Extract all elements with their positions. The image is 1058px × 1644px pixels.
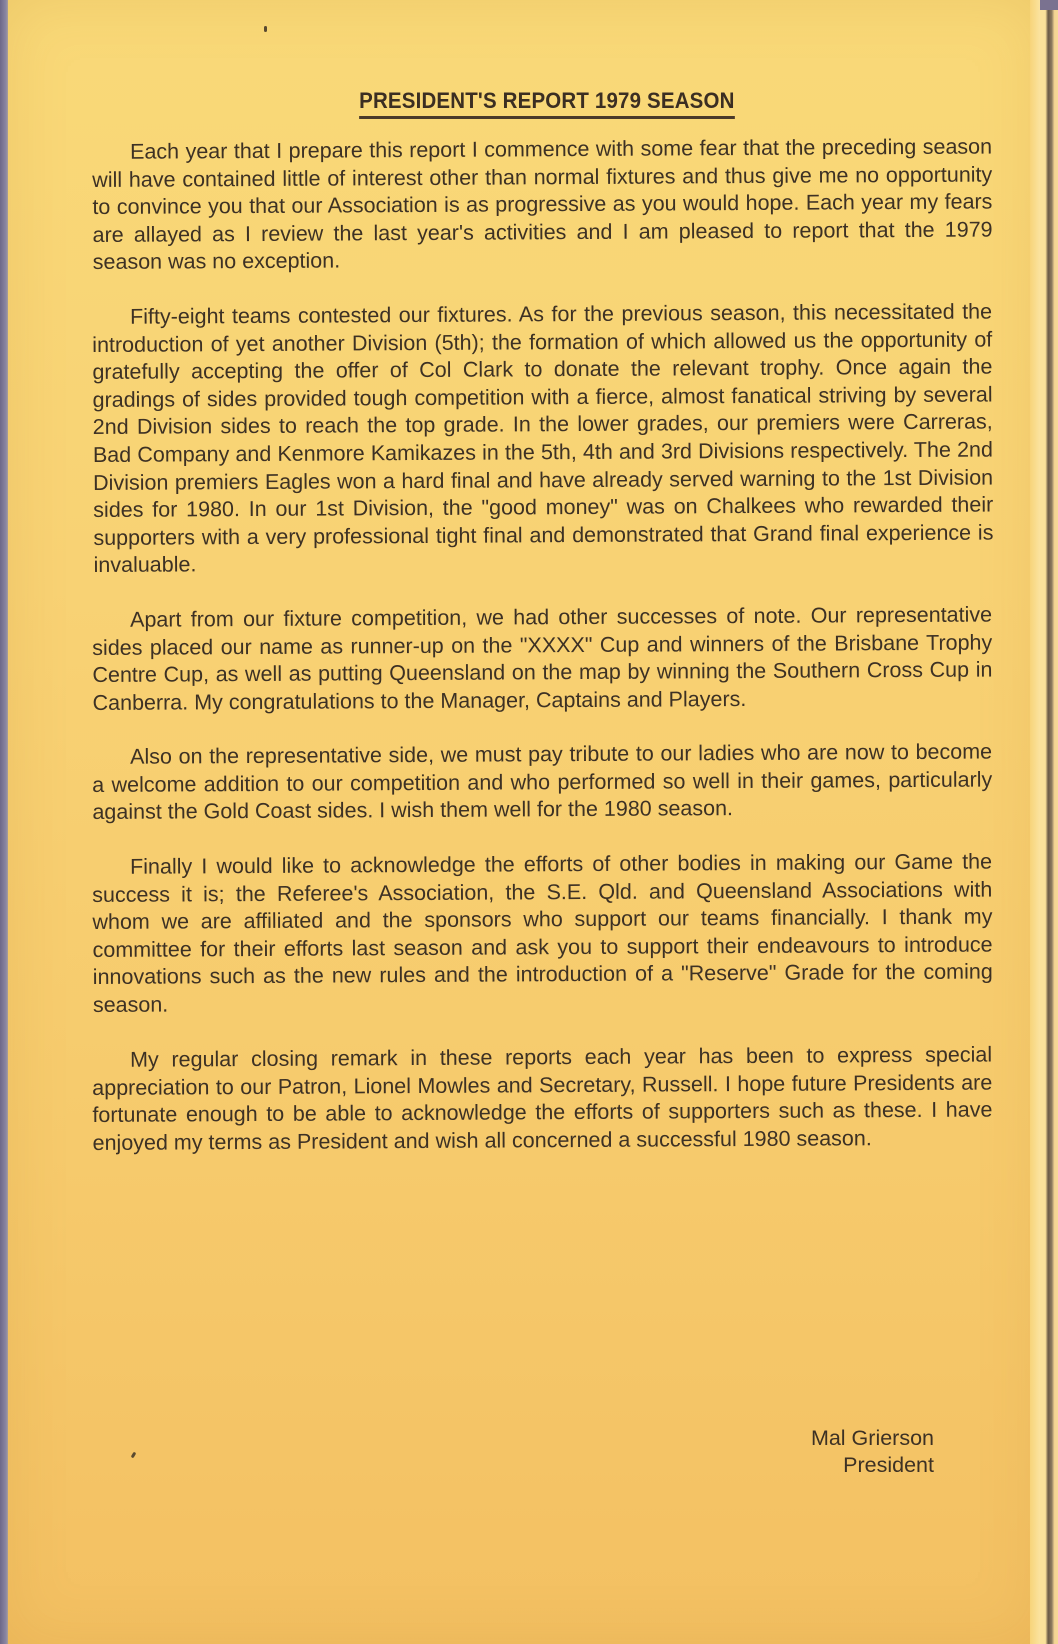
background-edge-right [1040,10,1058,1644]
paragraph-closing: My regular closing remark in these repor… [92,1041,993,1157]
page-fold [1030,0,1040,1644]
paragraph-representative: Apart from our fixture competition, we h… [92,601,993,717]
paragraph-fixtures: Fifty-eight teams contested our fixtures… [92,298,994,579]
report-title-text: PRESIDENT'S REPORT 1979 SEASON [359,88,734,119]
paragraph-ladies: Also on the representative side, we must… [92,739,992,827]
paper-speck [264,26,267,32]
signature-name: Mal Grierson [811,1425,934,1452]
report-title: PRESIDENT'S REPORT 1979 SEASON [92,88,992,119]
report-content: PRESIDENT'S REPORT 1979 SEASON Each year… [92,88,992,1184]
paper-speck [131,1452,137,1459]
paragraph-intro: Each year that I prepare this report I c… [92,134,993,277]
paragraph-acknowledgements: Finally I would like to acknowledge the … [92,849,993,1020]
document-page: PRESIDENT'S REPORT 1979 SEASON Each year… [8,0,1038,1644]
signature-role: President [811,1452,934,1479]
signature-block: Mal Grierson President [811,1425,934,1479]
